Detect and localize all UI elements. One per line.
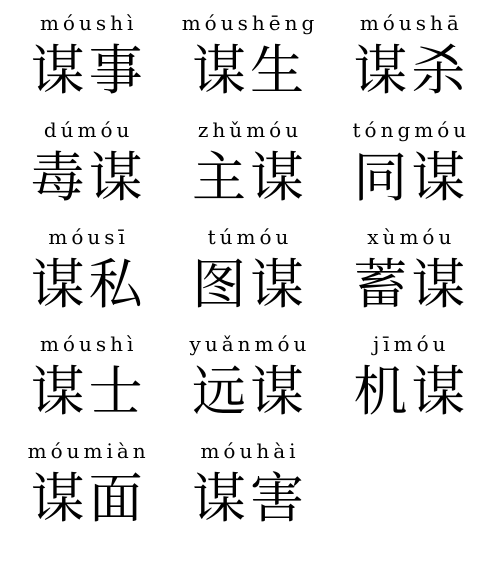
pinyin-label: móushì: [31, 10, 147, 36]
pinyin-label: dúmóu: [31, 117, 147, 143]
hanzi-word: 谋面: [28, 466, 150, 532]
pinyin-label: tóngmóu: [352, 117, 470, 143]
hanzi-word: 同谋: [352, 145, 470, 211]
vocab-entry: yuǎnmóu 远谋: [190, 331, 311, 425]
vocab-entry: dúmóu 毒谋: [31, 117, 147, 211]
hanzi-word: 主谋: [192, 145, 308, 211]
hanzi-word: 远谋: [190, 359, 311, 425]
hanzi-word: 谋士: [31, 359, 147, 425]
hanzi-word: 谋生: [182, 38, 319, 104]
vocab-entry: móushì 谋士: [31, 331, 147, 425]
hanzi-word: 谋害: [192, 466, 308, 532]
hanzi-word: 谋私: [31, 252, 147, 318]
pinyin-label: móumiàn: [28, 438, 150, 464]
pinyin-label: móusī: [31, 224, 147, 250]
hanzi-word: 机谋: [353, 359, 469, 425]
vocab-entry: jīmóu 机谋: [353, 331, 469, 425]
hanzi-word: 毒谋: [31, 145, 147, 211]
vocab-entry: móumiàn 谋面: [28, 438, 150, 532]
hanzi-word: 图谋: [192, 252, 308, 318]
pinyin-label: zhǔmóu: [192, 117, 308, 143]
pinyin-label: túmóu: [192, 224, 308, 250]
pinyin-label: jīmóu: [353, 331, 469, 357]
hanzi-word: 蓄谋: [353, 252, 469, 318]
pinyin-label: móushēng: [182, 10, 319, 36]
vocab-entry: tóngmóu 同谋: [352, 117, 470, 211]
vocab-entry: móusī 谋私: [31, 224, 147, 318]
hanzi-word: 谋事: [31, 38, 147, 104]
vocab-entry: zhǔmóu 主谋: [192, 117, 308, 211]
vocab-entry: xùmóu 蓄谋: [353, 224, 469, 318]
pinyin-label: móuhài: [192, 438, 308, 464]
pinyin-label: móushì: [31, 331, 147, 357]
pinyin-label: xùmóu: [353, 224, 469, 250]
vocab-entry: túmóu 图谋: [192, 224, 308, 318]
pinyin-label: móushā: [353, 10, 469, 36]
vocab-entry: móushì 谋事: [31, 10, 147, 104]
vocab-entry: móushēng 谋生: [182, 10, 319, 104]
vocab-grid: móushì 谋事 móushēng 谋生 móushā 谋杀 dúmóu 毒谋…: [0, 0, 500, 573]
vocab-entry: móushā 谋杀: [353, 10, 469, 104]
pinyin-label: yuǎnmóu: [190, 331, 311, 357]
vocab-entry: móuhài 谋害: [192, 438, 308, 532]
hanzi-word: 谋杀: [353, 38, 469, 104]
